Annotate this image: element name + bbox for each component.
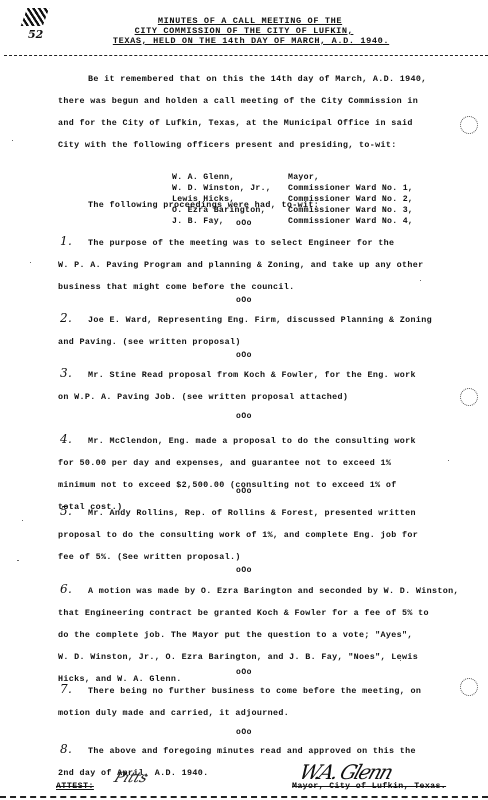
item-number: 2. [58, 307, 88, 329]
item-2: 2.Joe E. Ward, Representing Eng. Firm, d… [58, 307, 458, 353]
mayor-caption-text: Mayor, City of Lufkin, Texas. [292, 782, 446, 791]
scan-speck [17, 560, 19, 561]
scan-speck [30, 262, 31, 263]
document-header: MINUTES OF A CALL MEETING OF THE CITY CO… [0, 16, 488, 46]
proceedings-intro-text: The following proceedings were had, to-w… [88, 200, 319, 210]
separator: oOo [0, 668, 488, 677]
item-number: 3. [58, 362, 88, 384]
item-line: There being no further business to come … [88, 686, 421, 696]
intro-line-2: there was begun and holden a call meetin… [58, 96, 418, 106]
separator: oOo [0, 412, 488, 421]
item-3: 3.Mr. Stine Read proposal from Koch & Fo… [58, 362, 458, 408]
item-line: Mr. McClendon, Eng. made a proposal to d… [88, 436, 416, 446]
item-line: proposal to do the consulting work of 1%… [58, 530, 418, 540]
officer-name: W. D. Winston, Jr., [172, 183, 288, 194]
item-line: The above and foregoing minutes read and… [88, 746, 416, 756]
scan-speck [448, 460, 449, 461]
header-line-2: CITY COMMISSION OF THE CITY OF LUFKIN, [0, 26, 488, 36]
separator: oOo [0, 566, 488, 575]
item-number: 5. [58, 500, 88, 522]
item-number: 7. [58, 678, 88, 700]
scan-speck [12, 140, 13, 141]
document-page: 52 MINUTES OF A CALL MEETING OF THE CITY… [0, 0, 488, 800]
punch-hole-icon [460, 388, 478, 406]
item-line: and Paving. (see written proposal) [58, 337, 241, 347]
attest-signature: Pitts [110, 770, 218, 790]
separator: oOo [0, 296, 488, 305]
item-7: 7.There being no further business to com… [58, 678, 458, 724]
header-line-3: TEXAS, HELD ON THE 14th DAY OF MARCH, A.… [0, 36, 488, 46]
header-divider [4, 55, 488, 57]
bottom-divider [0, 796, 488, 800]
attest-label: ATTEST: [56, 782, 94, 791]
officer-name: W. A. Glenn, [172, 172, 288, 183]
separator: oOo [0, 351, 488, 360]
item-line: do the complete job. The Mayor put the q… [58, 630, 413, 640]
item-line: Joe E. Ward, Representing Eng. Firm, dis… [88, 315, 432, 325]
item-1: 1.The purpose of the meeting was to sele… [58, 230, 458, 298]
officer-row: W. D. Winston, Jr., Commissioner Ward No… [172, 183, 448, 194]
item-line: for 50.00 per day and expenses, and guar… [58, 458, 391, 468]
item-line: fee of 5%. (See written proposal.) [58, 552, 241, 562]
header-line-1: MINUTES OF A CALL MEETING OF THE [0, 16, 488, 26]
separator: oOo [0, 728, 488, 737]
scan-speck [420, 280, 421, 281]
item-line: that Engineering contract be granted Koc… [58, 608, 429, 618]
item-line: on W.P. A. Paving Job. (see written prop… [58, 392, 348, 402]
item-line: The purpose of the meeting was to select… [88, 238, 394, 248]
item-5: 5.Mr. Andy Rollins, Rep. of Rollins & Fo… [58, 500, 458, 568]
mayor-caption: Mayor, City of Lufkin, Texas. [292, 782, 446, 791]
item-line: W. P. A. Paving Program and planning & Z… [58, 260, 424, 270]
proceedings-intro: The following proceedings were had, to-w… [58, 194, 458, 216]
intro-line-1: Be it remembered that on this the 14th d… [88, 74, 427, 84]
item-number: 8. [58, 738, 88, 760]
officer-row: W. A. Glenn, Mayor, [172, 172, 448, 183]
item-line: Mr. Andy Rollins, Rep. of Rollins & Fore… [88, 508, 416, 518]
scan-speck [400, 660, 401, 661]
intro-line-3: and for the City of Lufkin, Texas, at th… [58, 118, 413, 128]
item-line: motion duly made and carried, it adjourn… [58, 708, 289, 718]
item-line: A motion was made by O. Ezra Barington a… [88, 586, 459, 596]
scan-speck [22, 520, 23, 521]
item-number: 1. [58, 230, 88, 252]
item-number: 6. [58, 578, 88, 600]
intro-line-4: City with the following officers present… [58, 140, 397, 150]
item-number: 4. [58, 428, 88, 450]
separator: oOo [0, 487, 488, 496]
intro-paragraph: Be it remembered that on this the 14th d… [58, 68, 458, 156]
separator: oOo [0, 219, 488, 228]
punch-hole-icon [460, 678, 478, 696]
item-line: Mr. Stine Read proposal from Koch & Fowl… [88, 370, 416, 380]
item-line: W. D. Winston, Jr., O. Ezra Barington, a… [58, 652, 418, 662]
officer-title: Commissioner Ward No. 1, [288, 183, 448, 194]
officer-title: Mayor, [288, 172, 448, 183]
punch-hole-icon [460, 116, 478, 134]
item-line: business that might come before the coun… [58, 282, 295, 292]
